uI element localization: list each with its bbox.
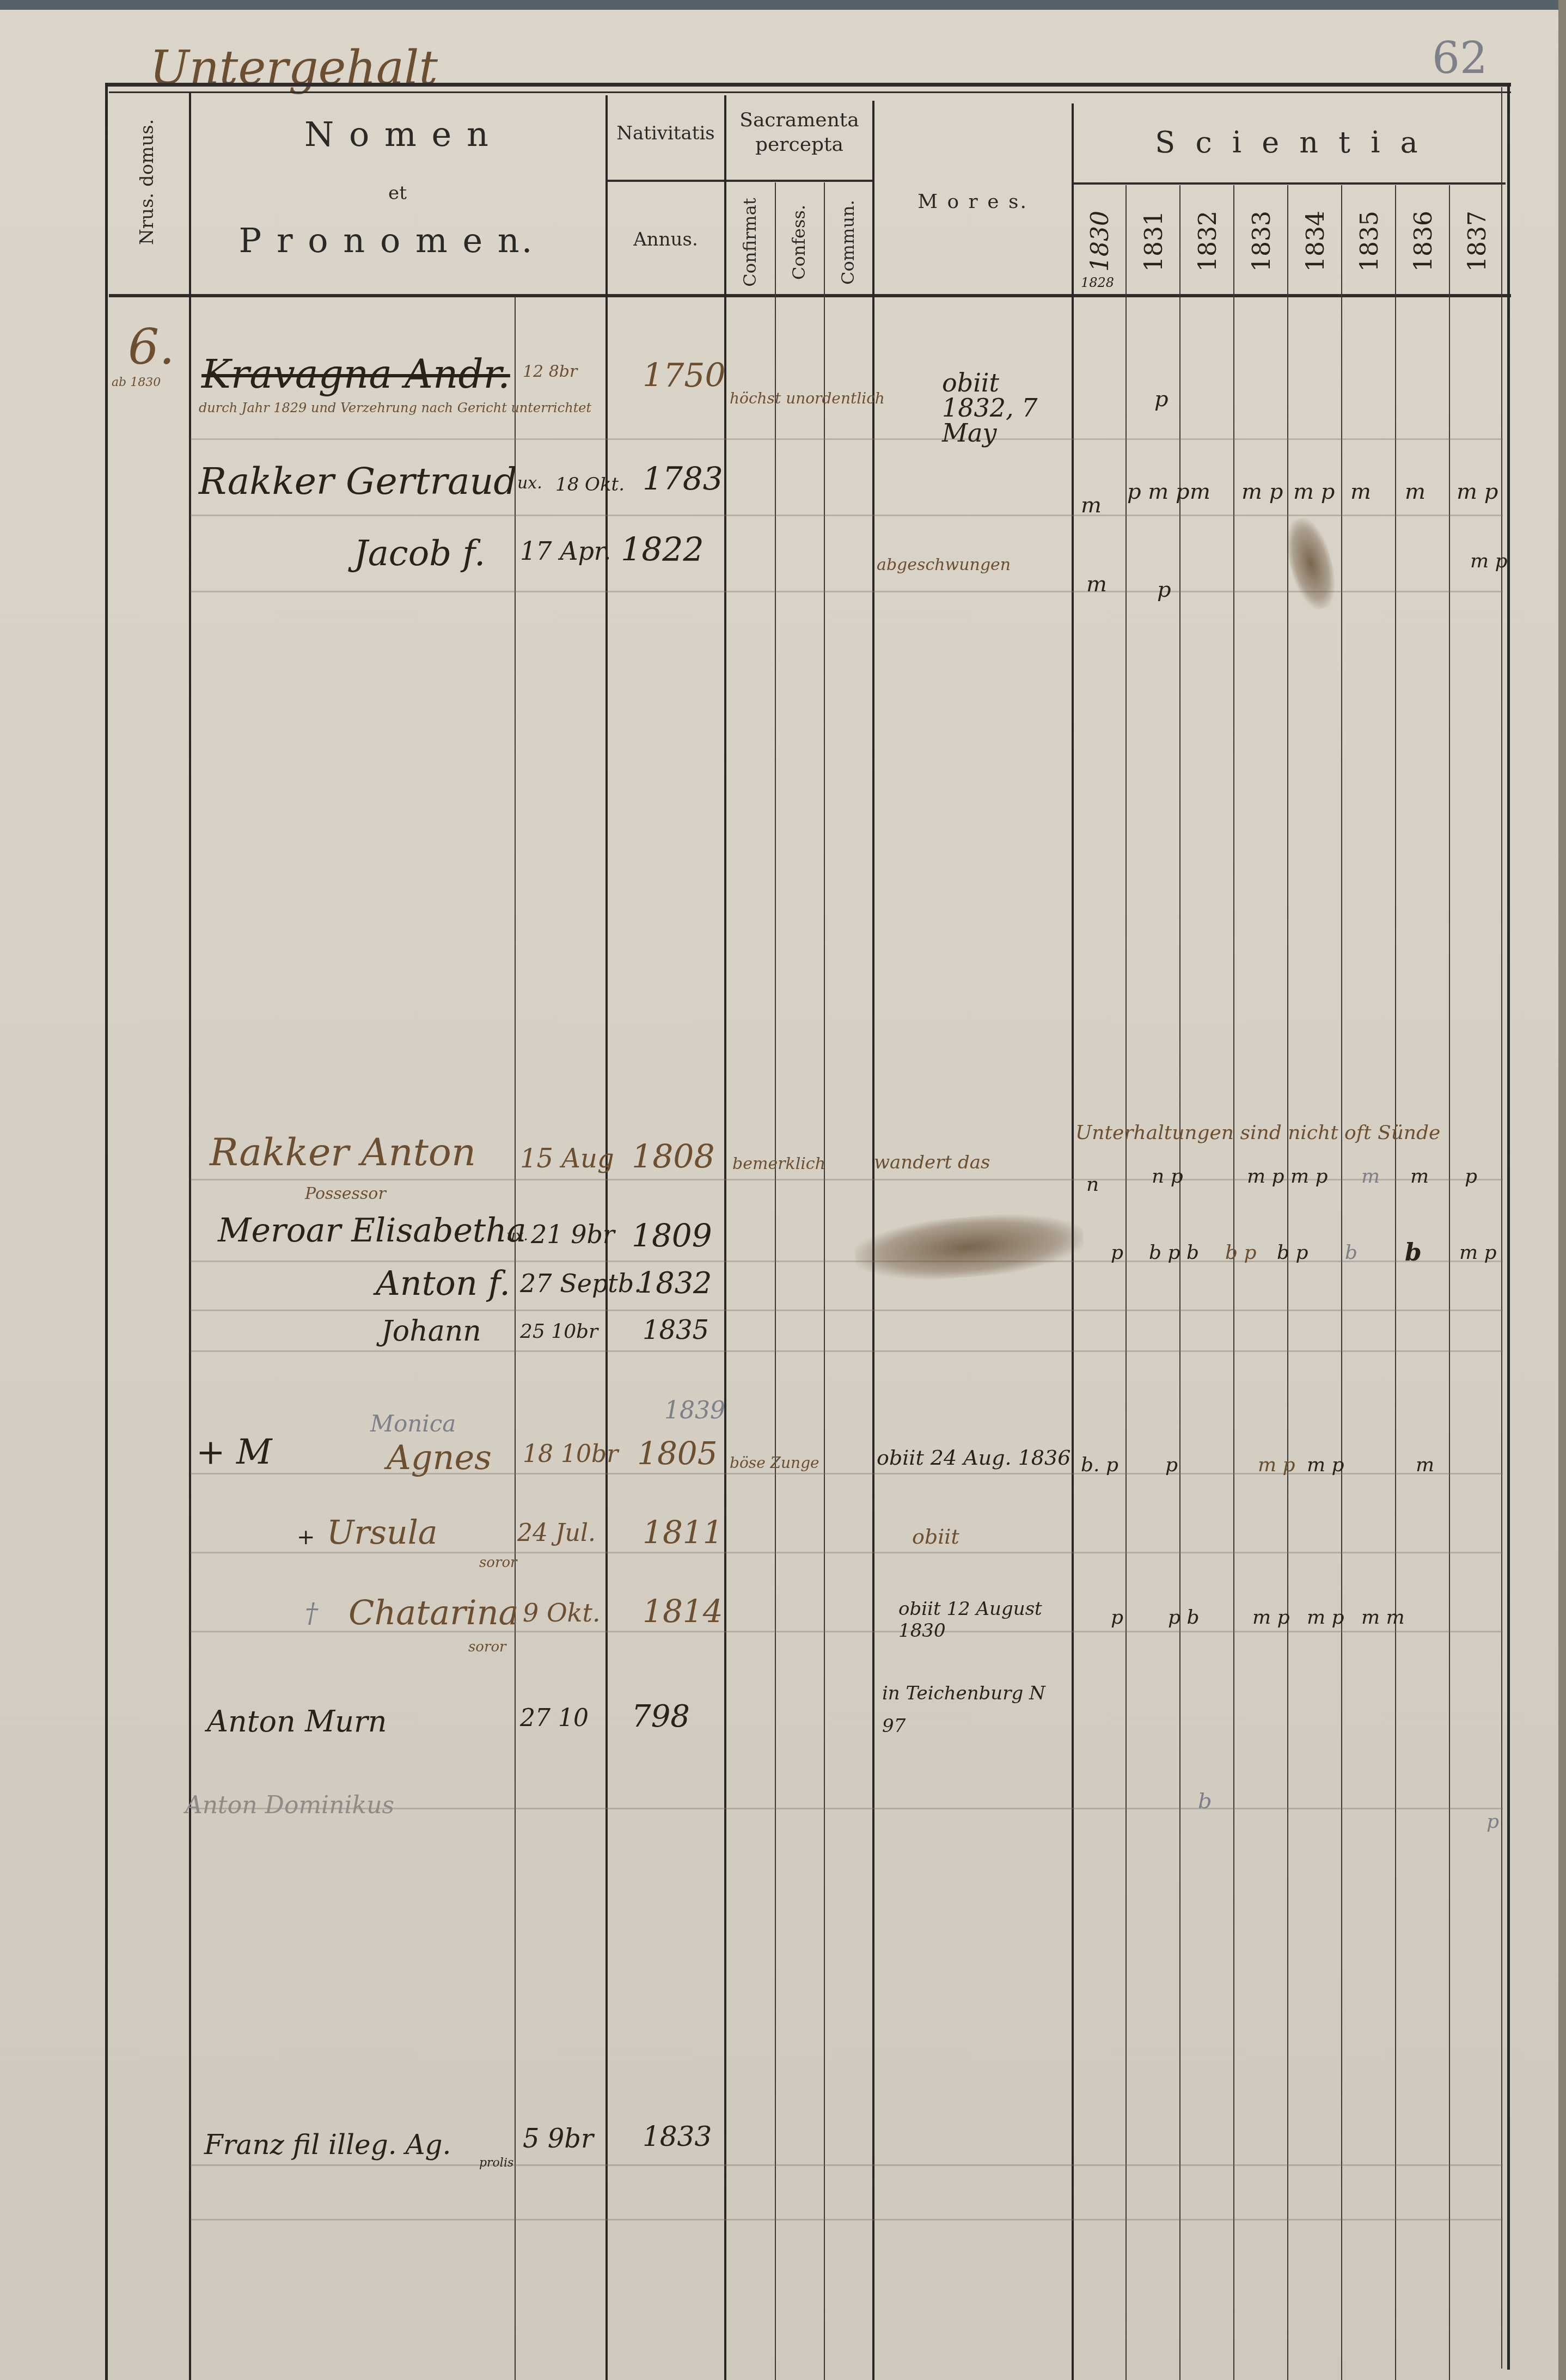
book-right-edge [1558, 0, 1566, 2380]
scientia-mark: m p [1459, 1241, 1497, 1264]
smudged-mores [853, 1207, 1086, 1287]
row-rule [191, 438, 1503, 440]
scientia-mark: m p [1457, 479, 1498, 504]
entry-subnote: prolis [479, 2156, 513, 2170]
scientia-mark: b [1405, 1239, 1422, 1267]
header-mores: M o r e s. [874, 191, 1072, 213]
entry-birth-year: 1783 [643, 460, 723, 497]
header-year-1830: 1830 [1086, 209, 1111, 274]
scientia-mark: m p [1247, 1165, 1284, 1188]
entry-prefix: + M [196, 1432, 272, 1472]
scientia-mark: m [1405, 479, 1426, 504]
header-bottom-rule [109, 294, 1511, 297]
scientia-mark: m p [1307, 1454, 1344, 1476]
scientia-mark: p [1157, 577, 1171, 602]
entry-name: Chatarina [348, 1593, 519, 1632]
header-et: et [191, 182, 604, 204]
row-rule [191, 2219, 1503, 2220]
entry-name: Anton Murn [207, 1704, 387, 1739]
entry-sacr-note: bemerklich [732, 1154, 825, 1173]
header-confirmat: Confirmat [739, 193, 761, 291]
header-sacramenta: Sacramenta [726, 109, 873, 131]
entry-name: Meroar Elisabetha [218, 1212, 526, 1250]
entry-birth-year: 1822 [621, 531, 704, 569]
entry-birth-day: 21 9br [531, 1220, 615, 1249]
entry-role: soror [468, 1639, 506, 1655]
pencil-year: 1839 [664, 1397, 725, 1424]
ink-stain [1279, 513, 1342, 614]
scientia-mark: b [1345, 1241, 1357, 1264]
entry-remark: obiit [912, 1525, 959, 1549]
scientia-mark: p m p [1127, 479, 1190, 504]
header-pronomen: P r o n o m e n. [180, 221, 594, 260]
entry-role: ux. [506, 1228, 528, 1244]
header-year-1837: 1837 [1464, 209, 1489, 274]
entry-subnote: durch Jahr 1829 und Verzehrung nach Geri… [199, 400, 591, 415]
entry-name: Kravagna Andr. [201, 351, 510, 397]
scientia-mark: b p [1225, 1241, 1257, 1264]
entry-birth-day: 18 Okt. [555, 474, 625, 495]
pencil-overwrite: Monica [370, 1410, 456, 1437]
scientia-mark: m p [1258, 1454, 1295, 1476]
entry-name: Franz fil illeg. Ag. [204, 2129, 451, 2161]
scientia-mark: m [1350, 479, 1371, 504]
entry-name: Ursula [327, 1514, 438, 1552]
col-divider-name-date [515, 297, 516, 2380]
margin-note: ab 1830 [112, 376, 161, 389]
entry-prefix: + [297, 1525, 315, 1550]
header-confess: Confess. [788, 193, 810, 291]
entry-mores: höchst unordentlich [730, 389, 885, 407]
header-year-1835: 1835 [1356, 209, 1381, 274]
header-year-1832: 1832 [1194, 209, 1219, 274]
header-year-1836: 1836 [1410, 209, 1435, 274]
entry-birth-day: 24 Jul. [517, 1519, 596, 1547]
header-annus: Annus. [607, 229, 724, 250]
book-top-edge [0, 0, 1566, 10]
register-page: Untergehalt 62 [0, 0, 1566, 2380]
entry-sacr-note: böse Zunge [730, 1454, 819, 1472]
entry-birth-day: 15 Aug [520, 1143, 614, 1174]
header-year-1834: 1834 [1302, 209, 1327, 274]
scientia-mark: m p [1293, 479, 1335, 504]
scientia-mark: m [1416, 1454, 1434, 1476]
entry-birth-day: 18 10br [523, 1440, 618, 1468]
entry-name: Johann [381, 1315, 481, 1348]
scientia-mark: m p [1241, 479, 1283, 504]
row-rule [191, 1310, 1503, 1311]
scientia-mark: p [1111, 1606, 1123, 1629]
table-left-border [105, 83, 108, 2380]
scientia-mark: b. p [1081, 1454, 1118, 1476]
header-commun: Commun. [837, 193, 859, 291]
entry-mores: wandert das [874, 1152, 990, 1173]
entry-birth-year: 1814 [643, 1593, 723, 1630]
scientia-mark: m [1081, 493, 1102, 518]
scientia-mark: m [1190, 479, 1210, 504]
scientia-mark: p [1111, 1241, 1123, 1264]
entry-birth-year: 1811 [643, 1514, 723, 1551]
entry-role: ux. [517, 474, 542, 493]
entry-remark: in Teichenburg N 97 [882, 1677, 1067, 1742]
entry-name: Rakker Gertraud [199, 460, 517, 503]
entry-birth-day: 27 10 [520, 1704, 589, 1732]
table-right-border [1507, 83, 1510, 2370]
row-rule [191, 1350, 1503, 1352]
entry-role-note: Possessor [305, 1184, 386, 1203]
scientia-sub-rule [1073, 182, 1506, 185]
header-year-extra: 1828 [1081, 275, 1114, 290]
scientia-mark: b p b [1149, 1241, 1199, 1264]
row-rule [191, 1552, 1503, 1553]
entry-remark: obiit 24 Aug. 1836 [877, 1446, 1070, 1470]
entry-name: Anton f. [376, 1263, 510, 1303]
scientia-mark: p [1465, 1165, 1477, 1188]
scientia-mark: b p [1277, 1241, 1308, 1264]
entry-name: Agnes [387, 1437, 492, 1477]
entry-scientia-note: Unterhaltungen sind nicht oft Sünde [1075, 1122, 1440, 1144]
scientia-mark: p [1487, 1810, 1499, 1833]
entry-birth-year: 1808 [632, 1138, 715, 1176]
entry-remark: obiit 1832, 7 May [942, 370, 1078, 445]
scientia-mark: p [1154, 387, 1169, 412]
entry-birth-year: 1805 [637, 1435, 718, 1472]
table-top-rule-inner [109, 91, 1511, 93]
scientia-mark: m p [1470, 550, 1508, 572]
page-number: 62 [1432, 33, 1488, 83]
header-year-1831: 1831 [1140, 209, 1165, 274]
entry-birth-year: 1835 [643, 1315, 709, 1345]
table-right-border-inner [1501, 87, 1502, 2369]
scientia-mark: m [1361, 1165, 1380, 1188]
entry-birth-year: 1833 [643, 2121, 712, 2152]
entry-remark: obiit 12 August 1830 [898, 1598, 1073, 1642]
entry-birth-year: 1832 [637, 1266, 712, 1300]
table-top-rule [106, 83, 1511, 87]
col-divider-nrus [189, 93, 191, 2380]
entry-birth-day: 27 Septb. [520, 1269, 642, 1298]
locality-heading: Untergehalt [150, 41, 438, 95]
header-nrus-domus: Nrus. domus. [136, 136, 158, 245]
header-percepta: percepta [726, 133, 873, 156]
scientia-mark: n [1086, 1173, 1099, 1196]
entry-birth-year: 1750 [643, 357, 726, 395]
col-divider-confirmat [775, 182, 776, 2380]
scientia-mark: m p [1307, 1606, 1344, 1629]
nativitatis-sub-rule [607, 180, 874, 182]
scientia-mark: m [1410, 1165, 1429, 1188]
row-rule [191, 515, 1503, 516]
entry-mores: abgeschwungen [877, 555, 1011, 574]
scientia-mark: m m [1361, 1606, 1405, 1629]
entry-name: Rakker Anton [210, 1130, 476, 1174]
entry-role: soror [479, 1555, 517, 1571]
scientia-mark: m p [1290, 1165, 1328, 1188]
entry-prefix: † [305, 1598, 318, 1629]
entry-name: Anton Dominikus [185, 1791, 394, 1819]
scientia-mark: m [1086, 572, 1107, 597]
header-nomen: N o m e n [191, 114, 604, 154]
entry-birth-day: 17 Apr. [520, 536, 611, 566]
house-number: 6. [128, 319, 175, 376]
entry-birth-day: 25 10br [520, 1320, 598, 1343]
scientia-mark: p b [1168, 1606, 1200, 1629]
scientia-mark: p [1165, 1454, 1178, 1476]
scientia-mark: n p [1152, 1165, 1183, 1188]
header-nativitatis: Nativitatis [607, 123, 724, 144]
row-rule [191, 2164, 1503, 2166]
scientia-mark: m p [1252, 1606, 1290, 1629]
scientia-mark: b [1198, 1789, 1212, 1814]
entry-birth-day: 12 8br [523, 362, 577, 381]
entry-birth-year: 1809 [632, 1217, 712, 1254]
header-scientia: S c i e n t i a [1073, 125, 1506, 160]
entry-birth-day: 9 Okt. [523, 1598, 601, 1628]
entry-birth-year: 798 [632, 1699, 690, 1734]
entry-birth-day: 5 9br [523, 2124, 594, 2154]
entry-name: Jacob f. [354, 534, 485, 574]
col-divider-confess [824, 182, 825, 2380]
header-year-1833: 1833 [1248, 209, 1273, 274]
